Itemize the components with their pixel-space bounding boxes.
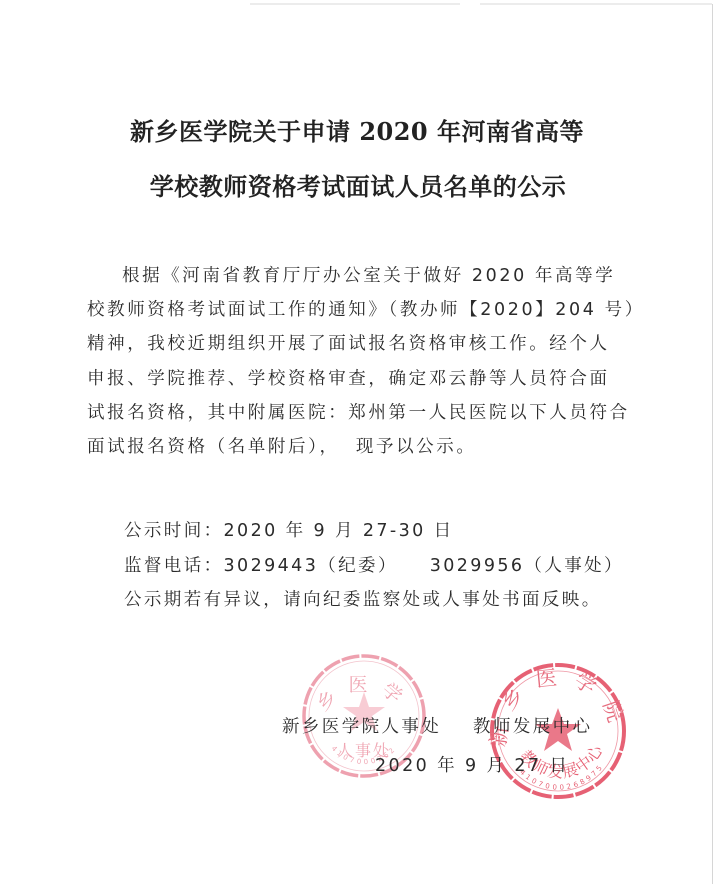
scan-artifact (250, 3, 460, 5)
supervision-phone: 监督电话：3029443（纪委） 3029956（人事处） (124, 552, 624, 577)
issue-date: 2020 年 9 月 27 日 (375, 752, 569, 777)
body-text-line: 校教师资格考试面试工作的通知》（教办师【2020】204 号） (87, 296, 645, 321)
body-text-line: 根据《河南省教育厅厅办公室关于做好 2020 年高等学 (122, 262, 615, 287)
document-title-line-2: 学校教师资格考试面试人员名单的公示 (0, 167, 718, 202)
document-page: 新乡医学院关于申请 2020 年河南省高等 学校教师资格考试面试人员名单的公示 … (0, 0, 720, 884)
body-text-line: 申报、学院推荐、学校资格审查，确定邓云静等人员符合面 (87, 365, 610, 390)
body-text-line: 试报名资格，其中附属医院：郑州第一人民医院以下人员符合 (87, 399, 630, 424)
objection-note: 公示期若有异议，请向纪委监察处或人事处书面反映。 (124, 586, 602, 611)
body-text-line: 精神，我校近期组织开展了面试报名资格审核工作。经个人 (87, 330, 610, 355)
document-title-line-1: 新乡医学院关于申请 2020 年河南省高等 (0, 112, 717, 147)
body-text-line: 面试报名资格（名单附后）， 现予以公示。 (87, 433, 476, 458)
issuing-departments: 新乡医学院人事处 教师发展中心 (282, 713, 592, 738)
scan-artifact (480, 3, 712, 5)
publicity-time: 公示时间：2020 年 9 月 27-30 日 (124, 517, 454, 542)
